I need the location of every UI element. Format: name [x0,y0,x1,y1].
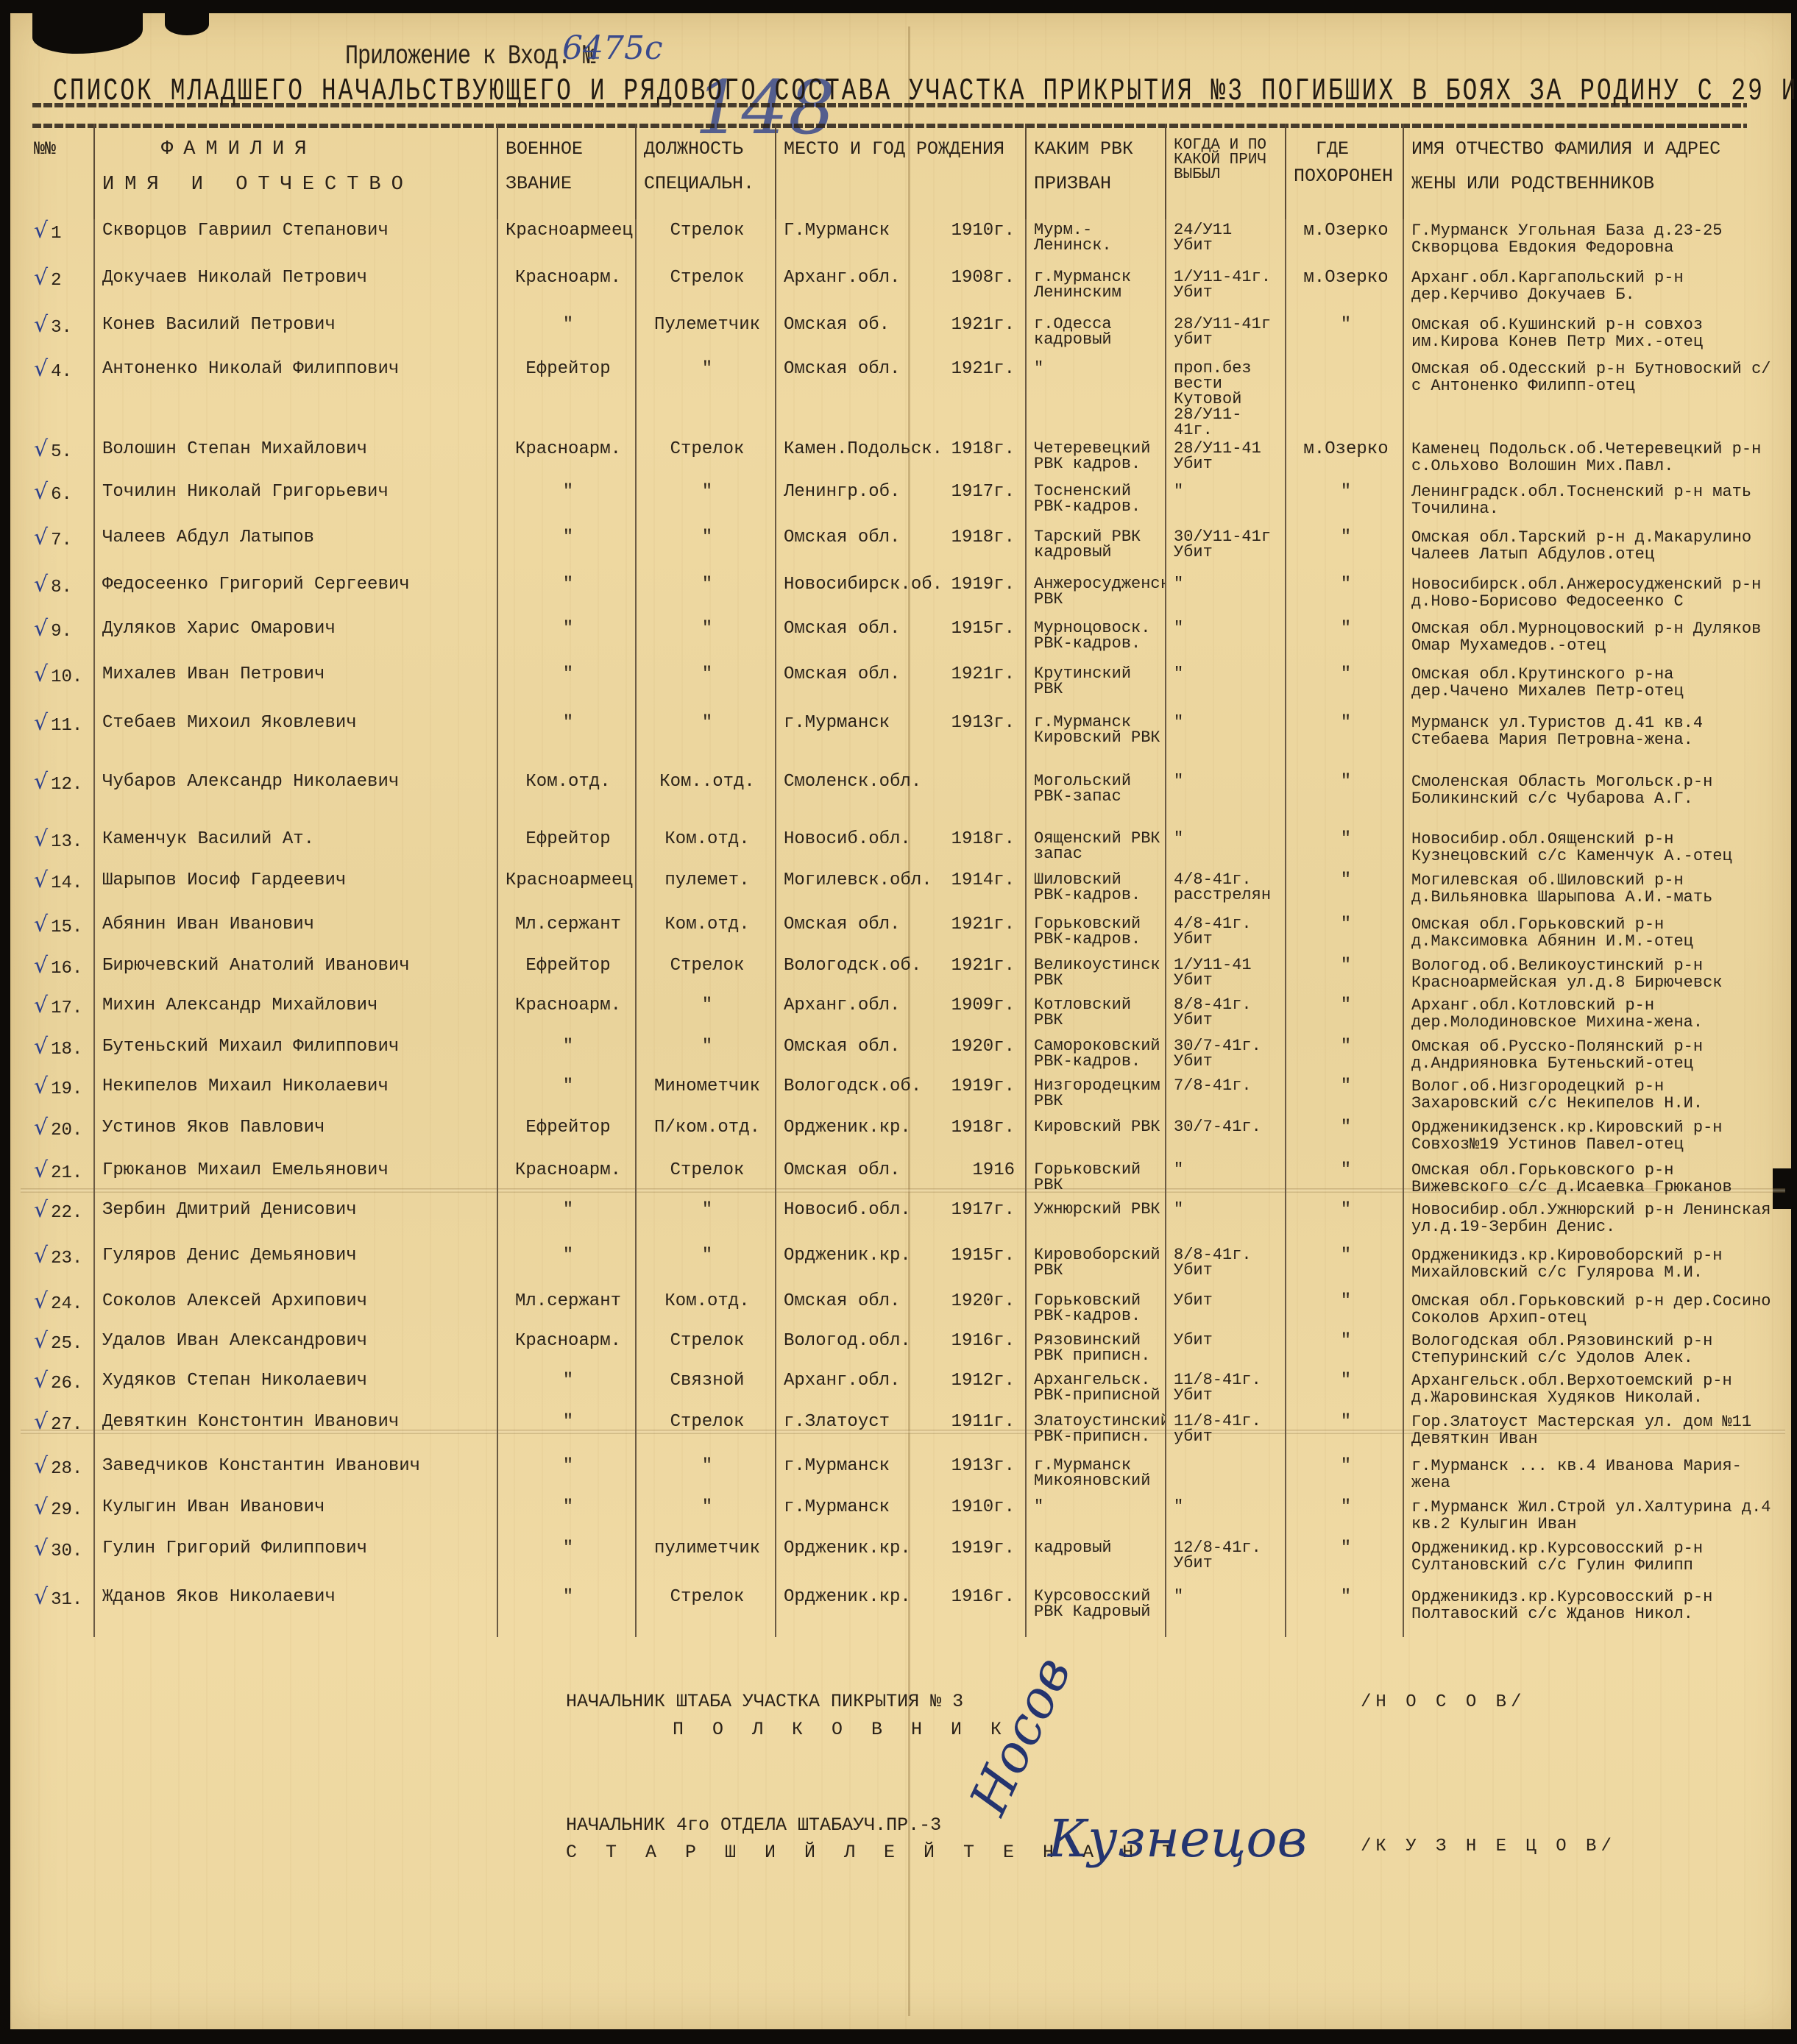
rvk: Рязовинский РВК приписн. [1026,1330,1166,1369]
burial-place: " [1286,480,1403,526]
row-number: √4. [26,358,94,438]
departure-reason: " [1166,1496,1286,1537]
relatives-address: Ордженикидз.кр.Кировоборский р-н Михайло… [1403,1244,1778,1290]
birthplace: Арханг.обл.1909г. [776,994,1026,1035]
table-row: √17.Михин Александр МихайловичКрасноарм.… [26,994,1778,1035]
signature-2-name: /К У З Н Е Ц О В/ [1361,1837,1616,1856]
rvk: Крутинский РВК [1026,663,1166,712]
row-number: √15. [26,913,94,954]
birth-place: Новосиб.обл. [784,829,911,849]
position: " [636,1035,776,1075]
position: " [636,1496,776,1537]
burial-place [1286,358,1403,438]
relatives-address: Волог.об.Низгородецкий р-н Захаровский с… [1403,1075,1778,1116]
soldier-name: Гулин Григорий Филиппович [94,1537,497,1586]
table-row: √2Докучаев Николай ПетровичКрасноарм.Стр… [26,266,1778,313]
birthplace: Омская обл.1921г. [776,663,1026,712]
birth-year: 1921г. [951,957,1015,975]
position: Минометчик [636,1075,776,1116]
birthplace: Арханг.обл.1912г. [776,1369,1026,1410]
military-rank: " [497,573,636,617]
row-number-text: 31. [51,1591,80,1609]
row-number: √5. [26,438,94,480]
departure-reason: 8/8-41г. Убит [1166,994,1286,1035]
military-rank: Ефрейтор [497,828,636,869]
signature-1-title: НАЧАЛЬНИК ШТАБА УЧАСТКА ПИКРЫТИЯ № 3 [566,1691,963,1712]
table-row: √8.Федосеенко Григорий Сергеевич""Новоси… [26,573,1778,617]
checkmark-icon: √ [34,994,48,1018]
burial-place: " [1286,913,1403,954]
position: Связной [636,1369,776,1410]
birth-place: Омская обл. [784,664,900,684]
position: Стрелок [636,1410,776,1455]
soldier-name: Абянин Иван Иванович [94,913,497,954]
birth-year: 1918г. [951,441,1015,458]
row-number: √6. [26,480,94,526]
soldier-name: Бирючевский Анатолий Иванович [94,954,497,994]
birth-year: 1909г. [951,997,1015,1015]
burial-place: " [1286,1159,1403,1199]
row-number-text: 13. [51,834,80,851]
departure-reason: проп.без вести Кутовой 28/У11-41г. [1166,358,1286,438]
relatives-address: г.Мурманск ... кв.4 Иванова Мария-жена [1403,1455,1778,1496]
departure-reason [1166,1455,1286,1496]
soldier-name: Докучаев Николай Петрович [94,266,497,313]
relatives-address: Омская обл.Горьковский р-н д.Максимовка … [1403,913,1778,954]
position: " [636,526,776,573]
row-number-text: 9. [51,623,80,641]
military-rank: " [497,1410,636,1455]
military-rank: " [497,1537,636,1586]
rvk: Мурм.-Ленинск. [1026,219,1166,266]
soldier-name: Чубаров Александр Николаевич [94,770,497,828]
birth-year: 1914г. [951,872,1015,890]
military-rank: Ком.отд. [497,770,636,828]
position: " [636,1455,776,1496]
position: " [636,617,776,663]
table-row: √28.Заведчиков Константин Иванович""г.Му… [26,1455,1778,1496]
checkmark-icon: √ [34,1496,48,1520]
rvk: кадровый [1026,1537,1166,1586]
departure-reason: Убит [1166,1290,1286,1330]
burial-place: " [1286,828,1403,869]
burial-place: " [1286,770,1403,828]
table-row: √29.Кулыгин Иван Иванович""г.Мурманск191… [26,1496,1778,1537]
birthplace: г.Мурманск1913г. [776,712,1026,770]
soldier-name: Некипелов Михаил Николаевич [94,1075,497,1116]
soldier-name: Устинов Яков Павлович [94,1116,497,1159]
row-number-text: 5. [51,444,80,461]
row-number: √7. [26,526,94,573]
birth-place: Ордженик.кр. [784,1587,911,1607]
birthplace: Новосибирск.об.1919г. [776,573,1026,617]
military-rank: " [497,1369,636,1410]
military-rank: Красноарм. [497,994,636,1035]
rvk: Оященский РВК запас [1026,828,1166,869]
soldier-name: Заведчиков Константин Иванович [94,1455,497,1496]
row-number-text: 28. [51,1461,80,1478]
checkmark-icon: √ [34,1537,48,1561]
row-number-text: 19. [51,1081,80,1099]
checkmark-icon: √ [34,954,48,979]
row-number: √29. [26,1496,94,1537]
burial-place: " [1286,1330,1403,1369]
position: пулиметчик [636,1537,776,1586]
birthplace: г.Мурманск1913г. [776,1455,1026,1496]
row-number-text: 27. [51,1416,80,1434]
departure-reason: 11/8-41г. Убит [1166,1369,1286,1410]
birth-place: Новосиб.обл. [784,1200,911,1220]
relatives-address: Каменец Подольск.об.Четеревецкий р-н с.О… [1403,438,1778,480]
table-row: √11.Стебаев Михоил Яковлевич""г.Мурманск… [26,712,1778,770]
casualty-table: №№ ФАМИЛИЯ ИМЯ И ОТЧЕСТВО ВОЕННОЕЗВАНИЕ … [26,124,1778,1637]
torn-edge [32,13,143,54]
soldier-name: Шарыпов Иосиф Гардеевич [94,869,497,913]
table-row: √4.Антоненко Николай ФилипповичЕфрейтор"… [26,358,1778,438]
relatives-address: Омская об.Одесский р-н Бутновоский с/с А… [1403,358,1778,438]
row-number-text: 4. [51,363,80,381]
col-header-buried: ГДЕПОХОРОНЕН [1286,124,1403,219]
table-row: √3.Конев Василий Петрович"ПулеметчикОмск… [26,313,1778,358]
birth-place: г.Златоуст [784,1412,890,1432]
burial-place: " [1286,663,1403,712]
relatives-address: Омская об.Русско-Полянский р-н д.Андриян… [1403,1035,1778,1075]
row-number: √17. [26,994,94,1035]
rvk: " [1026,1496,1166,1537]
birthplace: Омская обл.1921г. [776,358,1026,438]
position: Стрелок [636,954,776,994]
row-number: √13. [26,828,94,869]
relatives-address: Могилевская об.Шиловский р-н д.Вильяновк… [1403,869,1778,913]
birth-place: Смоленск.обл. [784,772,921,792]
soldier-name: Гуляров Денис Демьянович [94,1244,497,1290]
rvk: Горьковский РВК-кадров. [1026,1290,1166,1330]
rvk: Шиловский РВК-кадров. [1026,869,1166,913]
row-number: √10. [26,663,94,712]
military-rank: Мл.сержант [497,1290,636,1330]
row-number: √31. [26,1586,94,1637]
col-header-when: КОГДА И ПО КАКОЙ ПРИЧ ВЫБЫЛ [1166,124,1286,219]
departure-reason: 4/8-41г. Убит [1166,913,1286,954]
row-number-text: 16. [51,960,80,978]
birthplace: Омская обл.1921г. [776,913,1026,954]
col-header-position: ДОЛЖНОСТЬСПЕЦИАЛЬН. [636,124,776,219]
row-number-text: 6. [51,486,80,504]
relatives-address: Новосибир.обл.Оященский р-н Кузнецовский… [1403,828,1778,869]
birth-place: Арханг.обл. [784,268,900,288]
burial-place: " [1286,954,1403,994]
military-rank: Красноарм. [497,1159,636,1199]
signature-1-name: /Н О С О В/ [1361,1692,1525,1712]
checkmark-icon: √ [34,712,48,736]
military-rank: Красноарм. [497,266,636,313]
birth-place: Могилевск.обл. [784,870,932,890]
military-rank: " [497,1244,636,1290]
departure-reason: 28/У11-41г убит [1166,313,1286,358]
table-row: √23.Гуляров Денис Демьянович""Ордженик.к… [26,1244,1778,1290]
rvk: " [1026,358,1166,438]
position: Стрелок [636,1159,776,1199]
birth-year: 1919г. [951,1078,1015,1096]
row-number-text: 3. [51,319,80,337]
col-header-num: №№ [26,124,94,219]
birth-place: г.Мурманск [784,1456,890,1476]
position: Ком.отд. [636,1290,776,1330]
soldier-name: Девяткин Констонтин Иванович [94,1410,497,1455]
row-number: √3. [26,313,94,358]
checkmark-icon: √ [34,313,48,338]
rvk: Великоустинск РВК [1026,954,1166,994]
row-number: √14. [26,869,94,913]
checkmark-icon: √ [34,526,48,550]
relatives-address: Новосибирск.обл.Анжеросудженский р-н д.Н… [1403,573,1778,617]
position: " [636,994,776,1035]
burial-place: " [1286,712,1403,770]
birth-year: 1916г. [951,1589,1015,1606]
position: Ком..отд. [636,770,776,828]
row-number-text: 7. [51,532,80,550]
departure-reason: " [1166,480,1286,526]
birth-year: 1918г. [951,1119,1015,1137]
checkmark-icon: √ [34,1455,48,1479]
table-row: √6.Точилин Николай Григорьевич""Ленингр.… [26,480,1778,526]
departure-reason: 24/У11 Убит [1166,219,1286,266]
checkmark-icon: √ [34,770,48,795]
checkmark-icon: √ [34,1586,48,1610]
departure-reason: 11/8-41г. убит [1166,1410,1286,1455]
birthplace: Ленингр.об.1917г. [776,480,1026,526]
relatives-address: г.Мурманск Жил.Строй ул.Халтурина д.4 кв… [1403,1496,1778,1537]
checkmark-icon: √ [34,828,48,852]
burial-place: " [1286,1244,1403,1290]
checkmark-icon: √ [34,1369,48,1394]
burial-place: " [1286,1369,1403,1410]
position: П/ком.отд. [636,1116,776,1159]
departure-reason: 1/У11-41 Убит [1166,954,1286,994]
rvk: Курсовосский РВК Кадровый [1026,1586,1166,1637]
birth-year: 1917г. [951,483,1015,501]
burial-place: " [1286,994,1403,1035]
birthplace: Вологодск.об.1921г. [776,954,1026,994]
departure-reason: 28/У11-41 Убит [1166,438,1286,480]
row-number: √23. [26,1244,94,1290]
table-row: √16.Бирючевский Анатолий ИвановичЕфрейто… [26,954,1778,994]
signature-2-title: НАЧАЛЬНИК 4го ОТДЕЛА ШТАБАУЧ.ПР.-3 [566,1814,941,1836]
position: " [636,1199,776,1244]
rvk: Низгородецким РВК [1026,1075,1166,1116]
table-row: √9.Дуляков Харис Омарович""Омская обл.19… [26,617,1778,663]
rvk: Кировоборский РВК [1026,1244,1166,1290]
table-row: √5.Волошин Степан МихайловичКрасноарм.Ст… [26,438,1778,480]
row-number-text: 30. [51,1543,80,1561]
departure-reason: Убит [1166,1330,1286,1369]
birthplace: Омская обл.1918г. [776,526,1026,573]
birth-place: Вологодск.об. [784,956,921,976]
relatives-address: Г.Мурманск Угольная База д.23-25 Скворцо… [1403,219,1778,266]
row-number-text: 17. [51,1000,80,1018]
checkmark-icon: √ [34,438,48,462]
birth-year: 1916 [972,1162,1015,1179]
rvk: г.Одесса кадровый [1026,313,1166,358]
birth-place: Новосибирск.об. [784,575,943,595]
military-rank: " [497,313,636,358]
rvk: Горьковский РВК [1026,1159,1166,1199]
row-number-text: 23. [51,1250,80,1268]
soldier-name: Михалев Иван Петрович [94,663,497,712]
burial-place: " [1286,573,1403,617]
departure-reason: 30/У11-41г Убит [1166,526,1286,573]
soldier-name: Кулыгин Иван Иванович [94,1496,497,1537]
position: Стрелок [636,1330,776,1369]
table-row: √15.Абянин Иван ИвановичМл.сержантКом.от… [26,913,1778,954]
birth-year: 1919г. [951,1540,1015,1558]
departure-reason: " [1166,617,1286,663]
soldier-name: Дуляков Харис Омарович [94,617,497,663]
row-number: √27. [26,1410,94,1455]
birthplace: Омская обл.1920г. [776,1290,1026,1330]
military-rank: " [497,617,636,663]
table-row: √20.Устинов Яков ПавловичЕфрейторП/ком.о… [26,1116,1778,1159]
soldier-name: Бутеньский Михаил Филиппович [94,1035,497,1075]
soldier-name: Стебаев Михоил Яковлевич [94,712,497,770]
birthplace: Вологод.обл.1916г. [776,1330,1026,1369]
col-header-birthplace: МЕСТО И ГОД РОЖДЕНИЯ [776,124,1026,219]
table-row: √10.Михалев Иван Петрович""Омская обл.19… [26,663,1778,712]
col-header-relatives: ИМЯ ОТЧЕСТВО ФАМИЛИЯ И АДРЕСЖЕНЫ ИЛИ РОД… [1403,124,1778,219]
departure-reason: 7/8-41г. [1166,1075,1286,1116]
col-header-name: ФАМИЛИЯ ИМЯ И ОТЧЕСТВО [94,124,497,219]
birthplace: Омская обл.1920г. [776,1035,1026,1075]
soldier-name: Жданов Яков Николаевич [94,1586,497,1637]
birth-year: 1921г. [951,316,1015,334]
position: пулемет. [636,869,776,913]
rvk: Котловский РВК [1026,994,1166,1035]
row-number-text: 20. [51,1122,80,1140]
birth-place: Вологод.обл. [784,1331,911,1351]
position: Стрелок [636,1586,776,1637]
rvk: Самороковский РВК-кадров. [1026,1035,1166,1075]
birth-place: Г.Мурманск [784,221,890,241]
military-rank: Красноармеец [497,219,636,266]
table-row: √25.Удалов Иван АлександровичКрасноарм.С… [26,1330,1778,1369]
birthplace: Омская об.1921г. [776,313,1026,358]
row-number-text: 14. [51,875,80,893]
row-number-text: 11. [51,717,80,735]
birth-place: Ленингр.об. [784,482,900,502]
birthplace: Арханг.обл.1908г. [776,266,1026,313]
burial-place: м.Озерко [1286,438,1403,480]
position: " [636,663,776,712]
birth-place: Камен.Подольск. [784,439,943,459]
birth-year: 1916г. [951,1332,1015,1350]
burial-place: м.Озерко [1286,219,1403,266]
departure-reason: 12/8-41г. Убит [1166,1537,1286,1586]
military-rank: " [497,1075,636,1116]
birth-year: 1908г. [951,269,1015,287]
row-number: √22. [26,1199,94,1244]
checkmark-icon: √ [34,1075,48,1099]
departure-reason: " [1166,1586,1286,1637]
relatives-address: Омская обл.Крутинского р-на дер.Чачено М… [1403,663,1778,712]
burial-place: " [1286,1496,1403,1537]
burial-place: " [1286,1586,1403,1637]
row-number-text: 10. [51,669,80,686]
position: " [636,573,776,617]
table-row: √22.Зербин Дмитрий Денисович""Новосиб.об… [26,1199,1778,1244]
row-number: √25. [26,1330,94,1369]
rvk: Могольский РВК-запас [1026,770,1166,828]
burial-place: " [1286,1410,1403,1455]
position: " [636,1244,776,1290]
birth-place: Омская обл. [784,1291,900,1311]
position: Ком.отд. [636,913,776,954]
birth-year: 1915г. [951,1247,1015,1265]
birth-place: Омская обл. [784,528,900,547]
table-row: √14.Шарыпов Иосиф ГардеевичКрасноармеецп… [26,869,1778,913]
birth-place: г.Мурманск [784,713,890,733]
soldier-name: Федосеенко Григорий Сергеевич [94,573,497,617]
table-row: √18.Бутеньский Михаил Филиппович""Омская… [26,1035,1778,1075]
birth-year: 1918г. [951,529,1015,547]
departure-reason: 1/У11-41г. Убит [1166,266,1286,313]
col-header-rank: ВОЕННОЕЗВАНИЕ [497,124,636,219]
row-number-text: 26. [51,1375,80,1393]
dashed-rule [32,103,1747,107]
table-row: √30.Гулин Григорий Филиппович"пулиметчик… [26,1537,1778,1586]
soldier-name: Каменчук Василий Ат. [94,828,497,869]
birth-place: Арханг.обл. [784,996,900,1015]
birthplace: Смоленск.обл. [776,770,1026,828]
birth-year: 1910г. [951,222,1015,240]
birth-year: 1920г. [951,1293,1015,1310]
position: " [636,480,776,526]
birth-year: 1913г. [951,714,1015,732]
relatives-address: Омская обл.Тарский р-н д.Макарулино Чале… [1403,526,1778,573]
row-number: √2 [26,266,94,313]
departure-reason: 30/7-41г. [1166,1116,1286,1159]
row-number: √18. [26,1035,94,1075]
relatives-address: Ордженикидзенск.кр.Кировский р-н Совхоз№… [1403,1116,1778,1159]
military-rank: " [497,1586,636,1637]
soldier-name: Скворцов Гавриил Степанович [94,219,497,266]
military-rank: Красноармеец [497,869,636,913]
rvk: Тосненский РВК-кадров. [1026,480,1166,526]
table-header: №№ ФАМИЛИЯ ИМЯ И ОТЧЕСТВО ВОЕННОЕЗВАНИЕ … [26,124,1778,219]
table-row: √1Скворцов Гавриил СтепановичКрасноармее… [26,219,1778,266]
checkmark-icon: √ [34,1159,48,1183]
checkmark-icon: √ [34,480,48,505]
departure-reason: " [1166,1199,1286,1244]
rvk: Горьковский РВК-кадров. [1026,913,1166,954]
birth-year: 1918г. [951,831,1015,848]
col-header-rvk: КАКИМ РВКПРИЗВАН [1026,124,1166,219]
birth-place: Омская обл. [784,915,900,934]
rvk: г.Мурманск Микояновский [1026,1455,1166,1496]
relatives-address: Новосибир.обл.Ужнюрский р-н Ленинская ул… [1403,1199,1778,1244]
rvk: Архангельск. РВК-приписной [1026,1369,1166,1410]
row-number-text: 12. [51,776,80,794]
birth-year: 1921г. [951,666,1015,684]
checkmark-icon: √ [34,1290,48,1314]
checkmark-icon: √ [34,1330,48,1354]
soldier-name: Антоненко Николай Филиппович [94,358,497,438]
burial-place: " [1286,1075,1403,1116]
departure-reason: " [1166,573,1286,617]
rvk: Ужнюрский РВК [1026,1199,1166,1244]
checkmark-icon: √ [34,266,48,291]
checkmark-icon: √ [34,1035,48,1060]
table-row: √24.Соколов Алексей АрхиповичМл.сержантК… [26,1290,1778,1330]
